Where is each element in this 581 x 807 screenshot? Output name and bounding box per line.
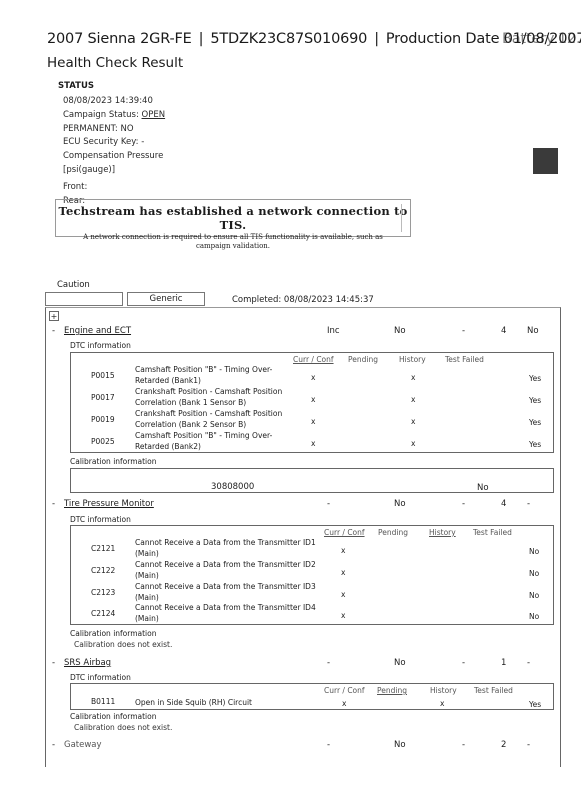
calibration-box-engine: 30808000 No [70,468,554,493]
front-pressure: Front: [63,181,165,195]
system-row-srs[interactable]: - SRS Airbag - No - 1 - [52,658,557,670]
tab-generic[interactable]: Generic [127,292,205,306]
vehicle-header: 2007 Sienna 2GR-FE|5TDZK23C87S010690|Pro… [47,31,581,47]
campaign-status: Campaign Status: OPEN [63,109,165,123]
dtc-row[interactable]: B0111 Open in Side Squib (RH) Circuit x … [71,688,553,710]
collapse-icon[interactable]: - [52,326,55,336]
calibration-info-label: Calibration information [70,712,156,721]
status-heading: STATUS [58,81,94,91]
tis-notice-title: Techstream has established a network con… [56,204,410,232]
dtc-row[interactable]: C2124 Cannot Receive a Data from the Tra… [71,602,553,624]
system-name[interactable]: Engine and ECT [64,326,131,336]
collapse-icon[interactable]: - [52,499,55,509]
vehicle-vin: 5TDZK23C87S010690 [210,31,367,47]
ecu-security-key: ECU Security Key: - [63,136,165,150]
dtc-row[interactable]: P0015 Camshaft Position "B" - Timing Ove… [71,364,553,386]
dtc-row[interactable]: C2123 Cannot Receive a Data from the Tra… [71,581,553,603]
status-datetime: 08/08/2023 14:39:40 [63,95,165,109]
dtc-table-tpms: Curr / Conf Pending History Test Failed … [70,525,554,625]
calibration-id: 30808000 [211,482,254,492]
tis-connection-notice: Techstream has established a network con… [55,199,411,237]
dtc-row[interactable]: P0017 Crankshaft Position - Camshaft Pos… [71,386,553,408]
calibration-none: Calibration does not exist. [74,723,172,732]
battery-voltage: Battery:12.7V [502,31,581,47]
dtc-info-label: DTC information [70,515,131,524]
system-name[interactable]: Tire Pressure Monitor [64,499,154,509]
completed-timestamp: Completed: 08/08/2023 14:45:37 [232,295,374,305]
collapse-icon[interactable]: - [52,740,55,750]
tis-notice-scrollbar[interactable] [401,204,408,232]
calibration-info-label: Calibration information [70,457,156,466]
system-row-gateway[interactable]: - Gateway - No - 2 - [52,740,557,752]
caution-label: Caution [57,280,90,290]
system-name[interactable]: Gateway [64,740,102,750]
dtc-table-srs: Curr / Conf Pending History Test Failed … [70,683,554,710]
dtc-info-label: DTC information [70,341,131,350]
dtc-info-label: DTC information [70,673,131,682]
vehicle-model: 2007 Sienna 2GR-FE [47,31,192,47]
collapse-icon[interactable]: - [52,658,55,668]
gray-square-icon [533,148,558,174]
permanent-status: PERMANENT: NO [63,123,165,137]
dtc-row[interactable]: C2121 Cannot Receive a Data from the Tra… [71,537,553,559]
compensation-pressure-unit: [psi(gauge)] [63,164,165,178]
calibration-none: Calibration does not exist. [74,640,172,649]
system-row-tpms[interactable]: - Tire Pressure Monitor - No - 4 - [52,499,557,511]
tis-notice-body: A network connection is required to ensu… [70,233,396,251]
calibration-value: No [477,483,489,493]
dtc-row[interactable]: P0019 Crankshaft Position - Camshaft Pos… [71,408,553,430]
dtc-row[interactable]: P0025 Camshaft Position "B" - Timing Ove… [71,430,553,452]
tab-blank[interactable] [45,292,123,306]
system-row-engine[interactable]: - Engine and ECT Inc No - 4 No [52,326,557,338]
calibration-info-label: Calibration information [70,629,156,638]
status-details: 08/08/2023 14:39:40 Campaign Status: OPE… [63,95,165,208]
dtc-row[interactable]: C2122 Cannot Receive a Data from the Tra… [71,559,553,581]
expand-all-button[interactable]: + [49,311,59,321]
page-title: Health Check Result [47,55,183,71]
compensation-pressure-label: Compensation Pressure [63,150,165,164]
system-name[interactable]: SRS Airbag [64,658,111,668]
campaign-status-link[interactable]: OPEN [142,110,166,120]
dtc-table-engine: Curr / Conf Pending History Test Failed … [70,352,554,453]
